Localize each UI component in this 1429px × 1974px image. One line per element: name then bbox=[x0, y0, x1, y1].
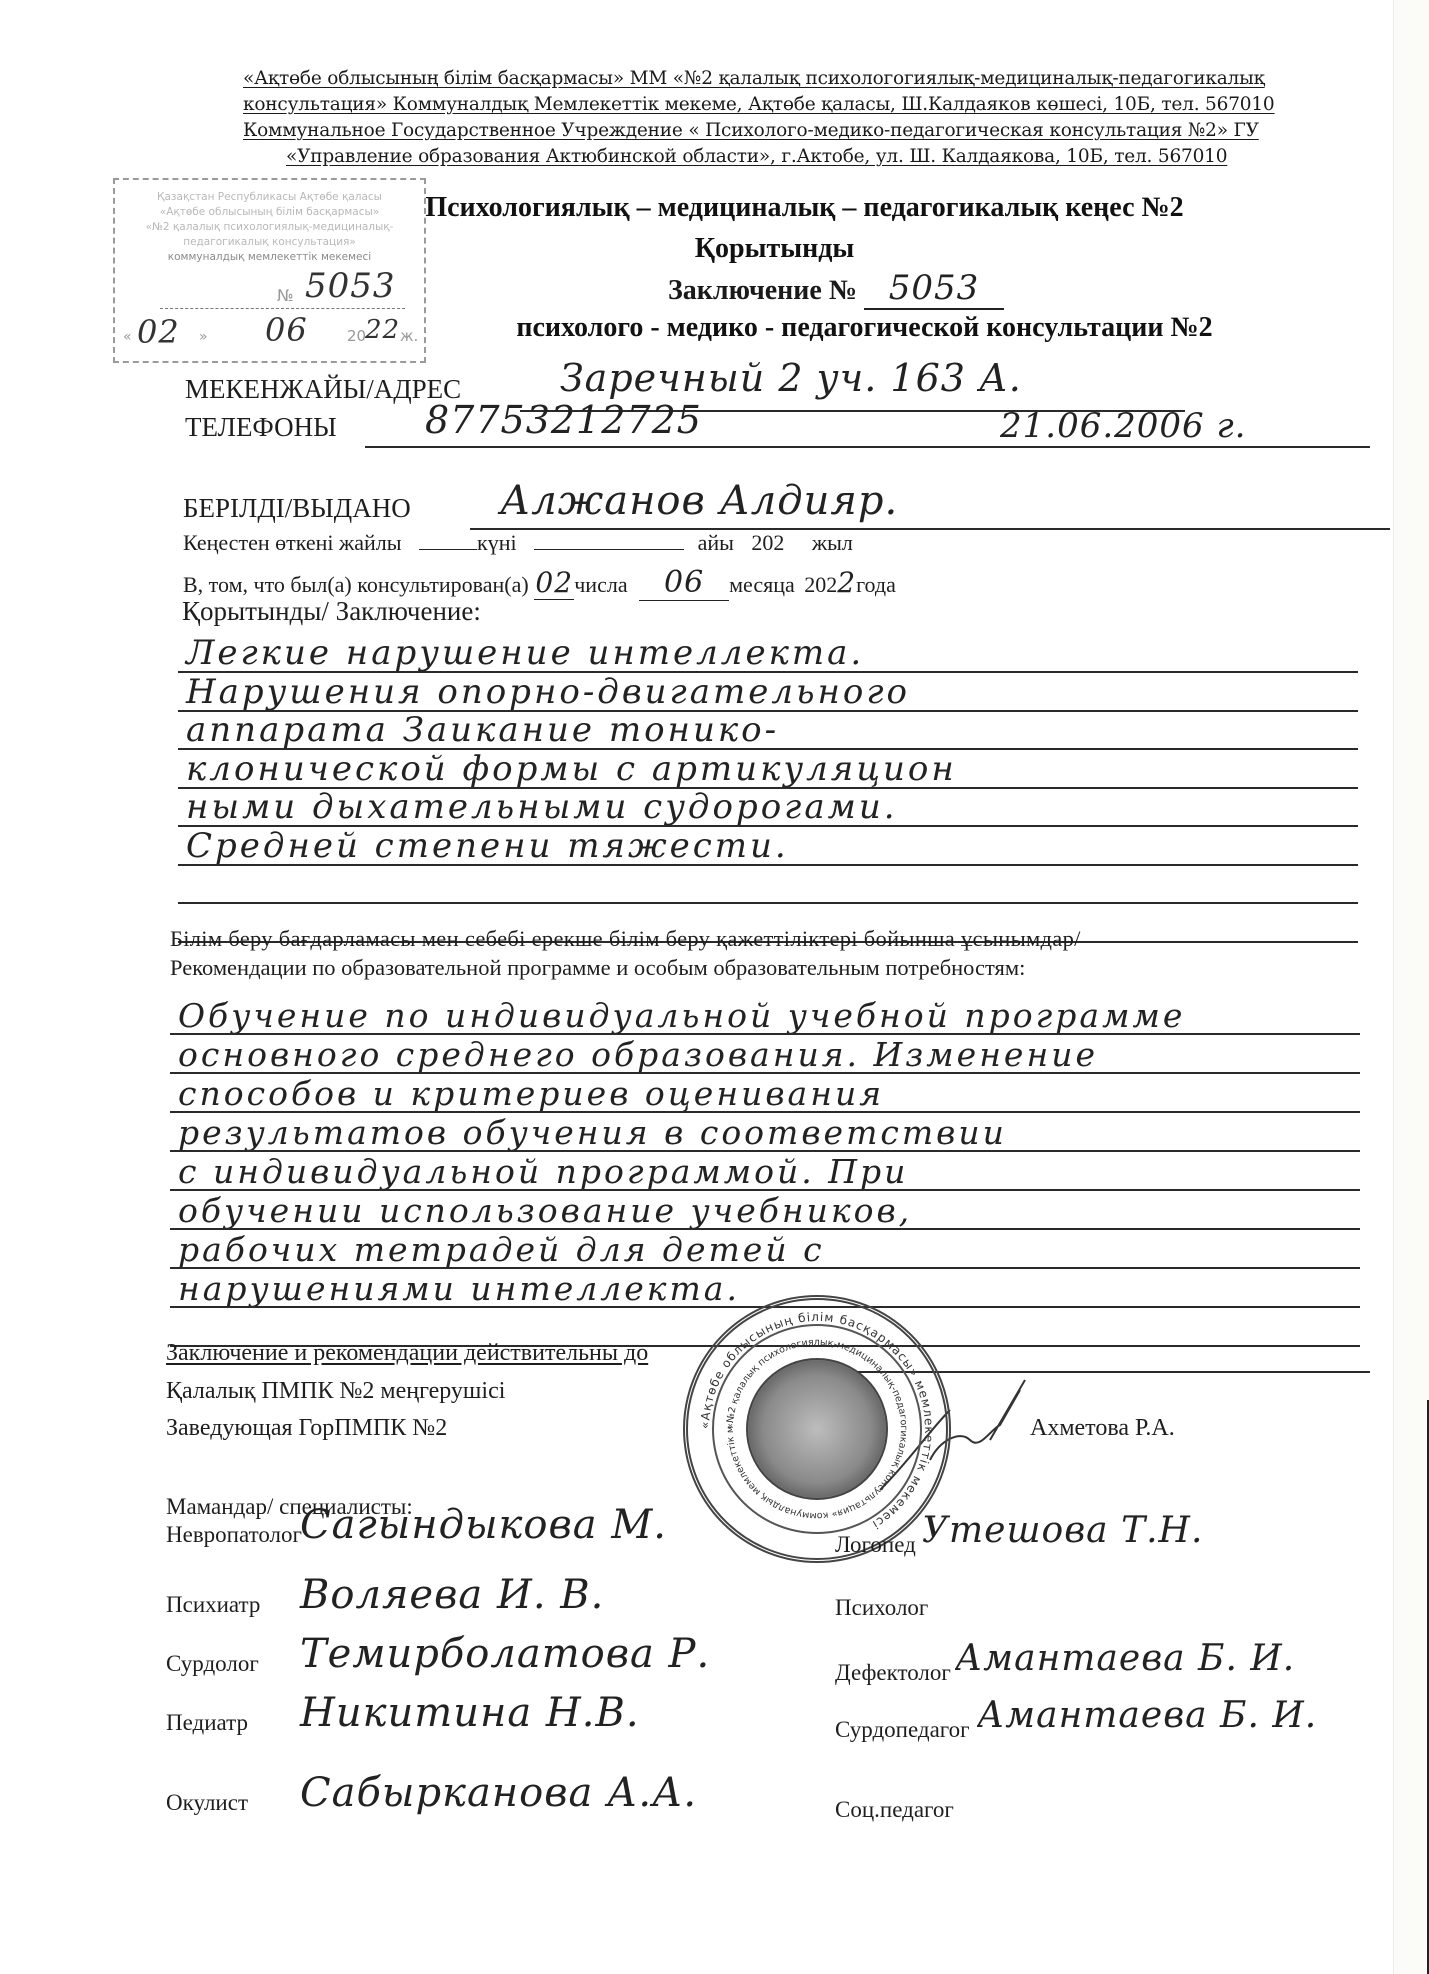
specialist-role: Окулист bbox=[166, 1790, 248, 1816]
conclusion-rule bbox=[178, 864, 1358, 866]
head-name: Ахметова Р.А. bbox=[1030, 1415, 1175, 1442]
conclusion-label: Қорытынды/ Заключение: bbox=[182, 596, 481, 627]
address-label: МЕКЕНЖАЙЫ/АДРЕС bbox=[185, 374, 461, 405]
specialist-role: Логопед bbox=[835, 1532, 916, 1558]
official-seal: «Ақтөбе облысының білім басқармасы» мемл… bbox=[683, 1295, 951, 1563]
phone-value: 87753212725 bbox=[425, 398, 702, 442]
council-title-kz: Психологиялық – медициналық – педагогика… bbox=[0, 192, 1429, 224]
birth-date-value: 21.06.2006 г. bbox=[1000, 406, 1246, 446]
conclusion-line: ными дыхательными судорогами. bbox=[186, 787, 898, 827]
conclusion-title-kz: Қорытынды bbox=[0, 233, 1429, 265]
phone-label: ТЕЛЕФОНЫ bbox=[185, 412, 337, 443]
recommendation-line: способов и критериев оценивания bbox=[178, 1074, 884, 1113]
issued-label: БЕРІЛДІ/ВЫДАНО bbox=[183, 493, 411, 524]
specialist-signature: Утешова Т.Н. bbox=[922, 1510, 1203, 1551]
issued-value: Алжанов Алдияр. bbox=[500, 478, 898, 524]
ru-year-label: года bbox=[856, 572, 896, 597]
recommendations-label-kz: Білім беру бағдарламасы мен себебі ерекш… bbox=[170, 926, 1081, 952]
specialist-role: Психиатр bbox=[166, 1592, 260, 1618]
recommendation-line: основного среднего образования. Изменени… bbox=[178, 1035, 1098, 1074]
specialist-role: Соц.педагог bbox=[835, 1797, 954, 1823]
conclusion-title-ru: Заключение № 5053 bbox=[668, 268, 1004, 310]
ru-month-value: 06 bbox=[639, 565, 729, 601]
kz-date-prefix: Кеңестен өткені жайлы bbox=[183, 530, 402, 555]
ru-day-label: числа bbox=[574, 572, 627, 597]
conclusion-line: Нарушения опорно-двигательного bbox=[186, 672, 910, 712]
conclusion-line: Средней степени тяжести. bbox=[186, 826, 789, 866]
header-line-2: консультация» Коммуналдық Мемлекеттік ме… bbox=[243, 94, 1274, 115]
registration-number: № 5053 bbox=[115, 270, 428, 308]
ru-month-label: месяца bbox=[729, 572, 795, 597]
kz-date-line: Кеңестен өткені жайлы күні айы 202 жыл bbox=[183, 530, 853, 556]
header-line-4: «Управление образования Актюбинской обла… bbox=[286, 146, 1227, 167]
specialist-role: Сурдопедагог bbox=[835, 1717, 970, 1743]
ru-date-prefix: В, том, что был(а) консультирован(а) bbox=[183, 572, 529, 597]
kz-day-label: күні bbox=[477, 530, 517, 555]
specialist-signature: Темирболатова Р. bbox=[300, 1631, 710, 1677]
phone-rule bbox=[365, 446, 1370, 448]
scan-page-edge bbox=[1393, 0, 1429, 1974]
conclusion-line: клонической формы с артикуляцион bbox=[186, 749, 957, 789]
number-label: № bbox=[277, 286, 294, 305]
specialist-signature: Воляева И. В. bbox=[300, 1572, 604, 1618]
conclusion-number: 5053 bbox=[864, 268, 1004, 310]
kz-month-label: айы bbox=[698, 530, 734, 555]
specialist-role: Сурдолог bbox=[166, 1651, 259, 1677]
specialist-role: Психолог bbox=[835, 1595, 928, 1621]
address-value: Заречный 2 уч. 163 А. bbox=[560, 356, 1022, 400]
recommendation-line: рабочих тетрадей для детей с bbox=[178, 1230, 825, 1269]
specialist-role: Невропатолог bbox=[166, 1522, 302, 1548]
header-line-1: «Ақтөбе облысының білім басқармасы» ММ «… bbox=[243, 68, 1265, 89]
ru-day-value: 02 bbox=[534, 566, 574, 600]
recommendation-line: нарушениями интеллекта. bbox=[178, 1269, 740, 1308]
validity-label: Заключение и рекомендации действительны … bbox=[166, 1340, 648, 1367]
recommendation-line: Обучение по индивидуальной учебной прогр… bbox=[178, 996, 1185, 1035]
conclusion-line: аппарата Заикание тонико- bbox=[186, 710, 779, 750]
specialist-signature: Никитина Н.В. bbox=[300, 1690, 640, 1736]
recommendations-label-ru: Рекомендации по образовательной программ… bbox=[170, 955, 1025, 981]
specialist-role: Дефектолог bbox=[835, 1660, 951, 1686]
recommendation-line: результатов обучения в соответствии bbox=[178, 1113, 1007, 1152]
specialist-signature: Сабырканова А.А. bbox=[300, 1770, 697, 1816]
conclusion-line: Легкие нарушение интеллекта. bbox=[186, 633, 864, 673]
conclusion-number-label: Заключение № bbox=[668, 275, 857, 306]
number-value: 5053 bbox=[305, 266, 396, 306]
recommendation-line: с индивидуальной программой. При bbox=[178, 1152, 908, 1191]
kz-year-suffix: жыл bbox=[812, 530, 853, 555]
specialist-signature: Амантаева Б. И. bbox=[977, 1695, 1317, 1736]
header-line-3: Коммунальное Государственное Учреждение … bbox=[243, 120, 1259, 141]
specialist-signature: Амантаева Б. И. bbox=[955, 1638, 1295, 1679]
ru-year-value: 2 bbox=[837, 566, 856, 599]
specialist-signature: Сагындыкова М. bbox=[300, 1502, 667, 1548]
ru-year-prefix: 202 bbox=[804, 572, 837, 597]
specialist-role: Педиатр bbox=[166, 1710, 248, 1736]
recommendation-line: обучении использование учебников, bbox=[178, 1191, 912, 1230]
head-title-ru: Заведующая ГорПМПК №2 bbox=[166, 1415, 447, 1442]
consultation-title-ru: психолого - медико - педагогической конс… bbox=[0, 312, 1429, 344]
kz-year-label: 202 bbox=[751, 530, 784, 555]
head-title-kz: Қалалық ПМПК №2 меңгерушісі bbox=[166, 1378, 505, 1405]
conclusion-rule bbox=[178, 902, 1358, 904]
